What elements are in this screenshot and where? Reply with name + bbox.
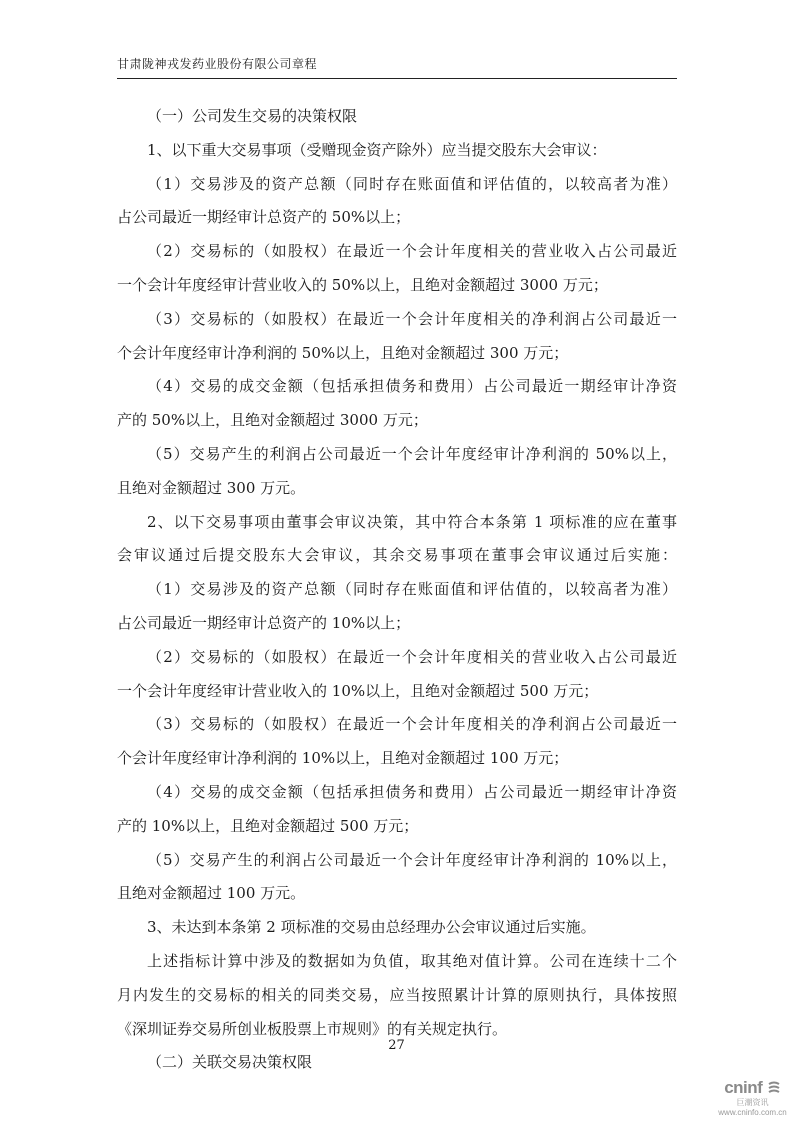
document-header: 甘肃陇神戎发药业股份有限公司章程 bbox=[117, 55, 677, 79]
paragraph-line: （一）公司发生交易的决策权限 bbox=[117, 100, 677, 134]
paragraph-line: 月内发生的交易标的相关的同类交易，应当按照累计计算的原则执行，具体按照 bbox=[117, 979, 677, 1013]
watermark-brand: cninf bbox=[724, 1078, 762, 1097]
paragraph-line: （4）交易的成交金额（包括承担债务和费用）占公司最近一期经审计净资 bbox=[117, 776, 677, 810]
paragraph-line: 产的 10%以上，且绝对金额超过 500 万元； bbox=[117, 810, 677, 844]
paragraph-line: 1、以下重大交易事项（受赠现金资产除外）应当提交股东大会审议： bbox=[117, 134, 677, 168]
paragraph-line: 产的 50%以上，且绝对金额超过 3000 万元； bbox=[117, 404, 677, 438]
document-body: （一）公司发生交易的决策权限1、以下重大交易事项（受赠现金资产除外）应当提交股东… bbox=[117, 100, 677, 1080]
paragraph-line: 会审议通过后提交股东大会审议，其余交易事项在董事会审议通过后实施： bbox=[117, 539, 677, 573]
paragraph-line: 一个会计年度经审计营业收入的 50%以上，且绝对金额超过 3000 万元； bbox=[117, 269, 677, 303]
paragraph-line: 且绝对金额超过 300 万元。 bbox=[117, 472, 677, 506]
paragraph-line: （5）交易产生的利润占公司最近一个会计年度经审计净利润的 50%以上， bbox=[117, 438, 677, 472]
paragraph-line: 上述指标计算中涉及的数据如为负值，取其绝对值计算。公司在连续十二个 bbox=[117, 945, 677, 979]
paragraph-line: （5）交易产生的利润占公司最近一个会计年度经审计净利润的 10%以上， bbox=[117, 844, 677, 878]
paragraph-line: （2）交易标的（如股权）在最近一个会计年度相关的营业收入占公司最近 bbox=[117, 235, 677, 269]
paragraph-line: 个会计年度经审计净利润的 10%以上，且绝对金额超过 100 万元； bbox=[117, 742, 677, 776]
paragraph-line: （4）交易的成交金额（包括承担债务和费用）占公司最近一期经审计净资 bbox=[117, 370, 677, 404]
paragraph-line: （1）交易涉及的资产总额（同时存在账面值和评估值的，以较高者为准） bbox=[117, 573, 677, 607]
paragraph-line: 3、未达到本条第 2 项标准的交易由总经理办公会审议通过后实施。 bbox=[117, 911, 677, 945]
paragraph-line: 一个会计年度经审计营业收入的 10%以上，且绝对金额超过 500 万元； bbox=[117, 675, 677, 709]
page-number: 27 bbox=[0, 1038, 793, 1053]
watermark-url: www.cninfo.com.cn bbox=[715, 1108, 790, 1118]
paragraph-line: 占公司最近一期经审计总资产的 10%以上； bbox=[117, 607, 677, 641]
paragraph-line: （3）交易标的（如股权）在最近一个会计年度相关的净利润占公司最近一 bbox=[117, 303, 677, 337]
cninfo-watermark: cninf 巨潮资讯 www.cninfo.com.cn bbox=[715, 1078, 790, 1118]
paragraph-line: （1）交易涉及的资产总额（同时存在账面值和评估值的，以较高者为准） bbox=[117, 168, 677, 202]
watermark-chinese: 巨潮资讯 bbox=[715, 1098, 790, 1108]
cninfo-logo-icon bbox=[767, 1080, 781, 1094]
paragraph-line: 个会计年度经审计净利润的 50%以上，且绝对金额超过 300 万元； bbox=[117, 337, 677, 371]
paragraph-line: 占公司最近一期经审计总资产的 50%以上； bbox=[117, 201, 677, 235]
paragraph-line: （3）交易标的（如股权）在最近一个会计年度相关的净利润占公司最近一 bbox=[117, 708, 677, 742]
paragraph-line: 且绝对金额超过 100 万元。 bbox=[117, 877, 677, 911]
paragraph-line: （2）交易标的（如股权）在最近一个会计年度相关的营业收入占公司最近 bbox=[117, 641, 677, 675]
paragraph-line: 2、以下交易事项由董事会审议决策，其中符合本条第 1 项标准的应在董事 bbox=[117, 506, 677, 540]
header-title: 甘肃陇神戎发药业股份有限公司章程 bbox=[117, 57, 317, 71]
